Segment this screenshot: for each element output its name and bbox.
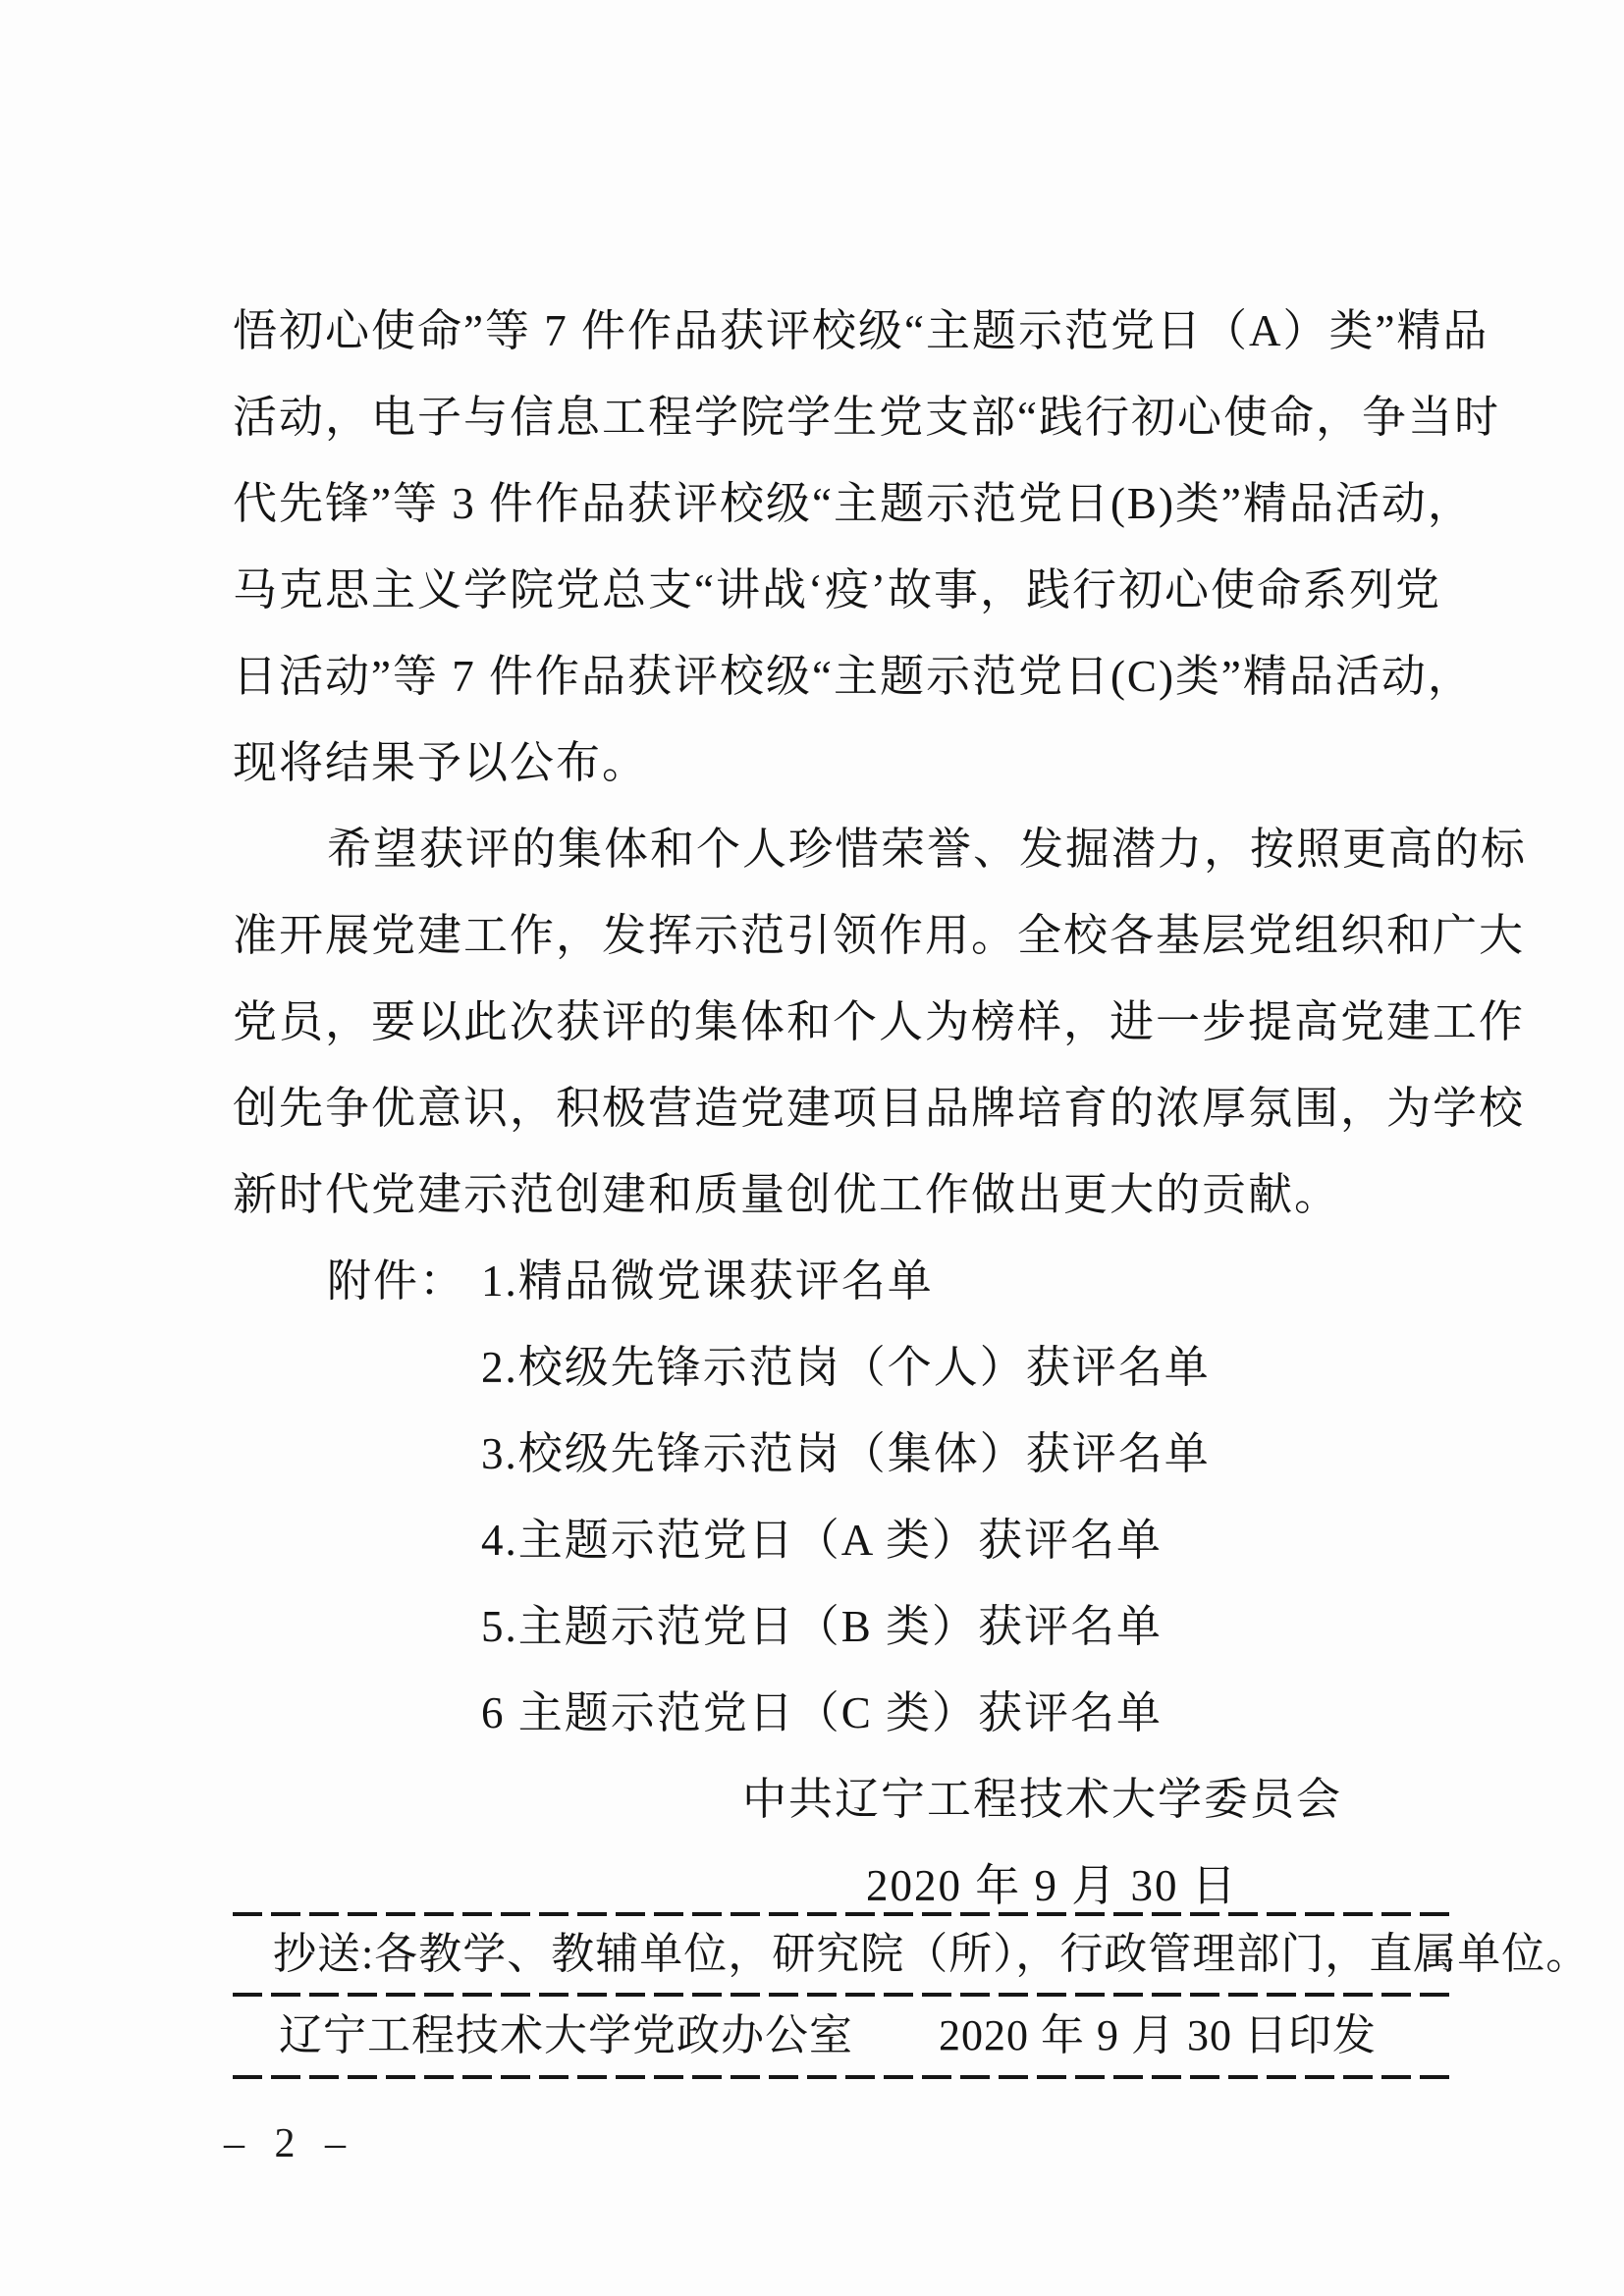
body-line: 党员，要以此次获评的集体和个人为榜样，进一步提高党建工作 xyxy=(233,979,1460,1065)
separator-rule xyxy=(233,2075,1453,2079)
body-line: 马克思主义学院党总支“讲战‘疫’故事，践行初心使命系列党 xyxy=(233,547,1460,633)
attachment-item: 1.精品微党课获评名单 xyxy=(481,1256,934,1306)
issuing-authority: 中共辽宁工程技术大学委员会 xyxy=(233,1756,1460,1842)
issuing-office: 辽宁工程技术大学党政办公室 xyxy=(279,1997,853,2075)
body-line: 创先争优意识，积极营造党建项目品牌培育的浓厚氛围，为学校 xyxy=(233,1065,1460,1151)
attachment-item: 3.校级先锋示范岗（集体）获评名单 xyxy=(233,1411,1460,1497)
body-line: 活动，电子与信息工程学院学生党支部“践行初心使命，争当时 xyxy=(233,374,1460,460)
page-number: – 2 – xyxy=(224,2120,355,2167)
attachments-label: 附件： xyxy=(327,1238,481,1324)
body-line: 日活动”等 7 件作品获评校级“主题示范党日(C)类”精品活动， xyxy=(233,633,1460,720)
body-line: 悟初心使命”等 7 件作品获评校级“主题示范党日（A）类”精品 xyxy=(233,288,1460,374)
body-line: 新时代党建示范创建和质量创优工作做出更大的贡献。 xyxy=(233,1151,1460,1238)
cc-line: 抄送:各教学、教辅单位，研究院（所），行政管理部门，直属单位。 xyxy=(273,1916,1453,1993)
body-line: 希望获评的集体和个人珍惜荣誉、发掘潜力，按照更高的标 xyxy=(233,806,1460,892)
attachment-item: 6 主题示范党日（C 类）获评名单 xyxy=(233,1670,1460,1756)
document-body: 悟初心使命”等 7 件作品获评校级“主题示范党日（A）类”精品 活动，电子与信息… xyxy=(233,288,1460,1929)
attachment-item: 5.主题示范党日（B 类）获评名单 xyxy=(233,1583,1460,1670)
attachment-line: 附件：1.精品微党课获评名单 xyxy=(233,1238,1460,1324)
print-date: 2020 年 9 月 30 日印发 xyxy=(939,1997,1377,2075)
body-line: 现将结果予以公布。 xyxy=(233,720,1460,806)
body-line: 准开展党建工作，发挥示范引领作用。全校各基层党组织和广大 xyxy=(233,892,1460,979)
document-page: 悟初心使命”等 7 件作品获评校级“主题示范党日（A）类”精品 活动，电子与信息… xyxy=(0,0,1624,2296)
attachment-item: 2.校级先锋示范岗（个人）获评名单 xyxy=(233,1324,1460,1411)
body-line: 代先锋”等 3 件作品获评校级“主题示范党日(B)类”精品活动， xyxy=(233,460,1460,547)
attachment-item: 4.主题示范党日（A 类）获评名单 xyxy=(233,1497,1460,1583)
footer-row: 辽宁工程技术大学党政办公室 2020 年 9 月 30 日印发 xyxy=(279,1997,1377,2075)
